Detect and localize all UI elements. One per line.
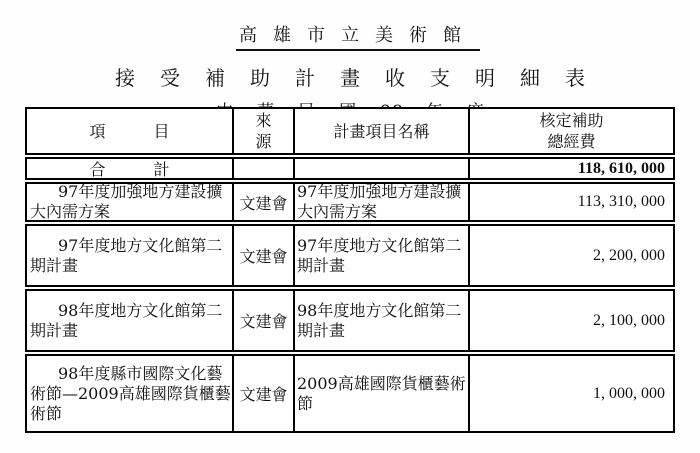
source-cell: 文建會 (234, 356, 295, 431)
header-item-label: 項 目 (89, 121, 169, 142)
item-cell: 97年度加強地方建設擴大內需方案 (27, 184, 234, 220)
item-text: 98年度地方文化館第二期計畫 (30, 301, 231, 341)
table-row: 97年度加強地方建設擴大內需方案 文建會 97年度加強地方建設擴大內需方案 11… (25, 182, 675, 222)
document-page: 高雄市立美術館 接受補助計畫收支明細表 中華民國98年度 項 目 來 源 計畫項… (0, 0, 700, 453)
subsidy-table: 項 目 來 源 計畫項目名稱 核定補助 總經費 合 計 118, 610, 00… (25, 107, 675, 433)
source-cell: 文建會 (234, 184, 295, 220)
item-text: 98年度縣市國際文化藝術節—2009高雄國際貨櫃藝術節 (30, 364, 231, 424)
header-source-line2: 源 (255, 131, 271, 152)
report-title: 接受補助計畫收支明細表 (0, 62, 700, 91)
total-amount-cell: 118, 610, 000 (470, 159, 673, 178)
header-cell-approved-budget: 核定補助 總經費 (470, 109, 673, 153)
plan-cell: 97年度地方文化館第二期計畫 (295, 226, 470, 285)
plan-cell: 98年度地方文化館第二期計畫 (295, 291, 470, 350)
source-cell: 文建會 (234, 226, 295, 285)
item-text: 97年度地方文化館第二期計畫 (30, 236, 231, 276)
header-approved-line1: 核定補助 (539, 110, 603, 131)
plan-text: 97年度地方文化館第二期計畫 (297, 236, 467, 276)
total-plan-cell-empty (295, 159, 470, 178)
plan-text: 2009高雄國際貨櫃藝術節 (297, 374, 467, 414)
table-row: 97年度地方文化館第二期計畫 文建會 97年度地方文化館第二期計畫 2, 200… (25, 224, 675, 287)
header-cell-plan-name: 計畫項目名稱 (295, 109, 470, 153)
item-cell: 97年度地方文化館第二期計畫 (27, 226, 234, 285)
total-row: 合 計 118, 610, 000 (25, 157, 675, 180)
header-plan-name-label: 計畫項目名稱 (333, 121, 429, 142)
header-approved-line2: 總經費 (547, 131, 595, 152)
header-cell-source: 來 源 (234, 109, 295, 153)
plan-text: 97年度加強地方建設擴大內需方案 (297, 184, 467, 220)
amount-cell: 2, 100, 000 (470, 291, 673, 350)
total-source-cell-empty (234, 159, 295, 178)
organization-title-line: 高雄市立美術館 (0, 21, 700, 51)
total-label-cell: 合 計 (27, 159, 234, 178)
plan-text: 98年度地方文化館第二期計畫 (297, 301, 467, 341)
source-cell: 文建會 (234, 291, 295, 350)
amount-cell: 1, 000, 000 (470, 356, 673, 431)
amount-cell: 113, 310, 000 (470, 184, 673, 220)
table-header-row: 項 目 來 源 計畫項目名稱 核定補助 總經費 (25, 107, 675, 155)
header-source-line1: 來 (255, 110, 271, 131)
item-cell: 98年度縣市國際文化藝術節—2009高雄國際貨櫃藝術節 (27, 356, 234, 431)
header-cell-item: 項 目 (27, 109, 234, 153)
organization-title: 高雄市立美術館 (236, 21, 480, 51)
plan-cell: 97年度加強地方建設擴大內需方案 (295, 184, 470, 220)
table-row: 98年度地方文化館第二期計畫 文建會 98年度地方文化館第二期計畫 2, 100… (25, 289, 675, 352)
item-text: 97年度加強地方建設擴大內需方案 (30, 184, 231, 220)
document-header: 高雄市立美術館 接受補助計畫收支明細表 中華民國98年度 (0, 0, 700, 122)
amount-cell: 2, 200, 000 (470, 226, 673, 285)
item-cell: 98年度地方文化館第二期計畫 (27, 291, 234, 350)
plan-cell: 2009高雄國際貨櫃藝術節 (295, 356, 470, 431)
table-row: 98年度縣市國際文化藝術節—2009高雄國際貨櫃藝術節 文建會 2009高雄國際… (25, 354, 675, 433)
